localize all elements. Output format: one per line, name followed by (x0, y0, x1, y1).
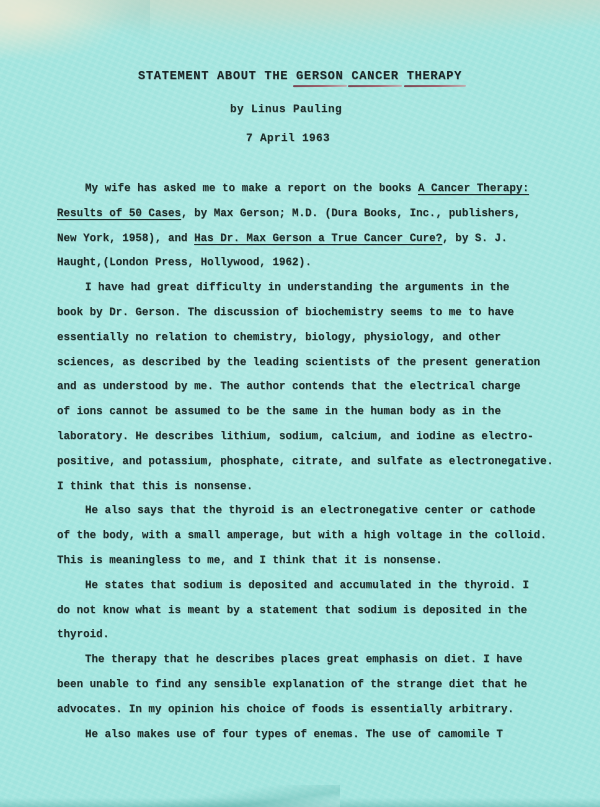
typed-text: New York, 1958), and (57, 233, 194, 245)
document-date: 7 April 1963 (0, 133, 588, 145)
typed-line: He states that sodium is deposited and a… (57, 574, 560, 599)
typed-text: and as understood by me. The author cont… (57, 381, 521, 393)
typed-line: advocates. In my opinion his choice of f… (57, 698, 560, 723)
document-byline: by Linus Pauling (0, 104, 586, 116)
typed-text: of ions cannot be assumed to be the same… (57, 406, 501, 418)
typed-line: of ions cannot be assumed to be the same… (57, 400, 560, 425)
document-page: STATEMENT ABOUT THE GERSON CANCER THERAP… (0, 0, 600, 807)
typed-line: He also makes use of four types of enema… (57, 723, 560, 748)
typed-line: I think that this is nonsense. (57, 475, 560, 500)
typed-line: been unable to find any sensible explana… (57, 673, 560, 698)
typed-text: , by S. J. (442, 233, 507, 245)
typed-text: I have had great difficulty in understan… (85, 282, 509, 294)
typed-text: This is meaningless to me, and I think t… (57, 555, 442, 567)
document-title: STATEMENT ABOUT THE GERSON CANCER THERAP… (0, 0, 600, 83)
typed-line: thyroid. (57, 623, 560, 648)
typed-line: sciences, as described by the leading sc… (57, 351, 560, 376)
typed-line: of the body, with a small amperage, but … (57, 524, 560, 549)
typed-line: Results of 50 Cases, by Max Gerson; M.D.… (57, 202, 560, 227)
underlined-book-title: Results of 50 Cases (57, 208, 181, 220)
typed-text: He states that sodium is deposited and a… (85, 580, 529, 592)
typed-text: positive, and potassium, phosphate, citr… (57, 456, 553, 468)
typed-line: essentially no relation to chemistry, bi… (57, 326, 560, 351)
typed-text: book by Dr. Gerson. The discussion of bi… (57, 307, 514, 319)
paper-crease-bottom (0, 785, 340, 807)
typed-line: My wife has asked me to make a report on… (57, 177, 560, 202)
typed-text: My wife has asked me to make a report on… (85, 183, 418, 195)
typed-line: I have had great difficulty in understan… (57, 276, 560, 301)
underlined-book-title: Has Dr. Max Gerson a True Cancer Cure? (194, 233, 442, 245)
typed-line: New York, 1958), and Has Dr. Max Gerson … (57, 227, 560, 252)
typed-line: He also says that the thyroid is an elec… (57, 499, 560, 524)
typed-line: Haught,(London Press, Hollywood, 1962). (57, 251, 560, 276)
typed-line: do not know what is meant by a statement… (57, 599, 560, 624)
typed-line: and as understood by me. The author cont… (57, 375, 560, 400)
typed-text: been unable to find any sensible explana… (57, 679, 527, 691)
typed-text: do not know what is meant by a statement… (57, 605, 527, 617)
typed-line: The therapy that he describes places gre… (57, 648, 560, 673)
typed-text: He also makes use of four types of enema… (85, 729, 503, 741)
typed-text: essentially no relation to chemistry, bi… (57, 332, 501, 344)
typed-line: book by Dr. Gerson. The discussion of bi… (57, 301, 560, 326)
typed-text: Haught,(London Press, Hollywood, 1962). (57, 257, 312, 269)
red-underlined-word: THERAPY (407, 69, 462, 83)
typed-text: The therapy that he describes places gre… (85, 654, 522, 666)
typed-text: advocates. In my opinion his choice of f… (57, 704, 514, 716)
typed-text: He also says that the thyroid is an elec… (85, 505, 536, 517)
red-underlined-word: GERSON (296, 69, 343, 83)
typed-line: This is meaningless to me, and I think t… (57, 549, 560, 574)
typed-text: of the body, with a small amperage, but … (57, 530, 547, 542)
typed-text: sciences, as described by the leading sc… (57, 357, 540, 369)
underlined-book-title: A Cancer Therapy: (418, 183, 529, 195)
typed-text (399, 69, 407, 83)
document-body: My wife has asked me to make a report on… (0, 177, 600, 747)
typed-text: I think that this is nonsense. (57, 481, 253, 493)
typed-line: positive, and potassium, phosphate, citr… (57, 450, 560, 475)
typed-text: , by Max Gerson; M.D. (Dura Books, Inc.,… (181, 208, 521, 220)
typed-line: laboratory. He describes lithium, sodium… (57, 425, 560, 450)
typed-text: STATEMENT ABOUT THE (138, 69, 296, 83)
typed-text: thyroid. (57, 629, 109, 641)
typed-text: laboratory. He describes lithium, sodium… (57, 431, 534, 443)
red-underlined-word: CANCER (351, 69, 398, 83)
